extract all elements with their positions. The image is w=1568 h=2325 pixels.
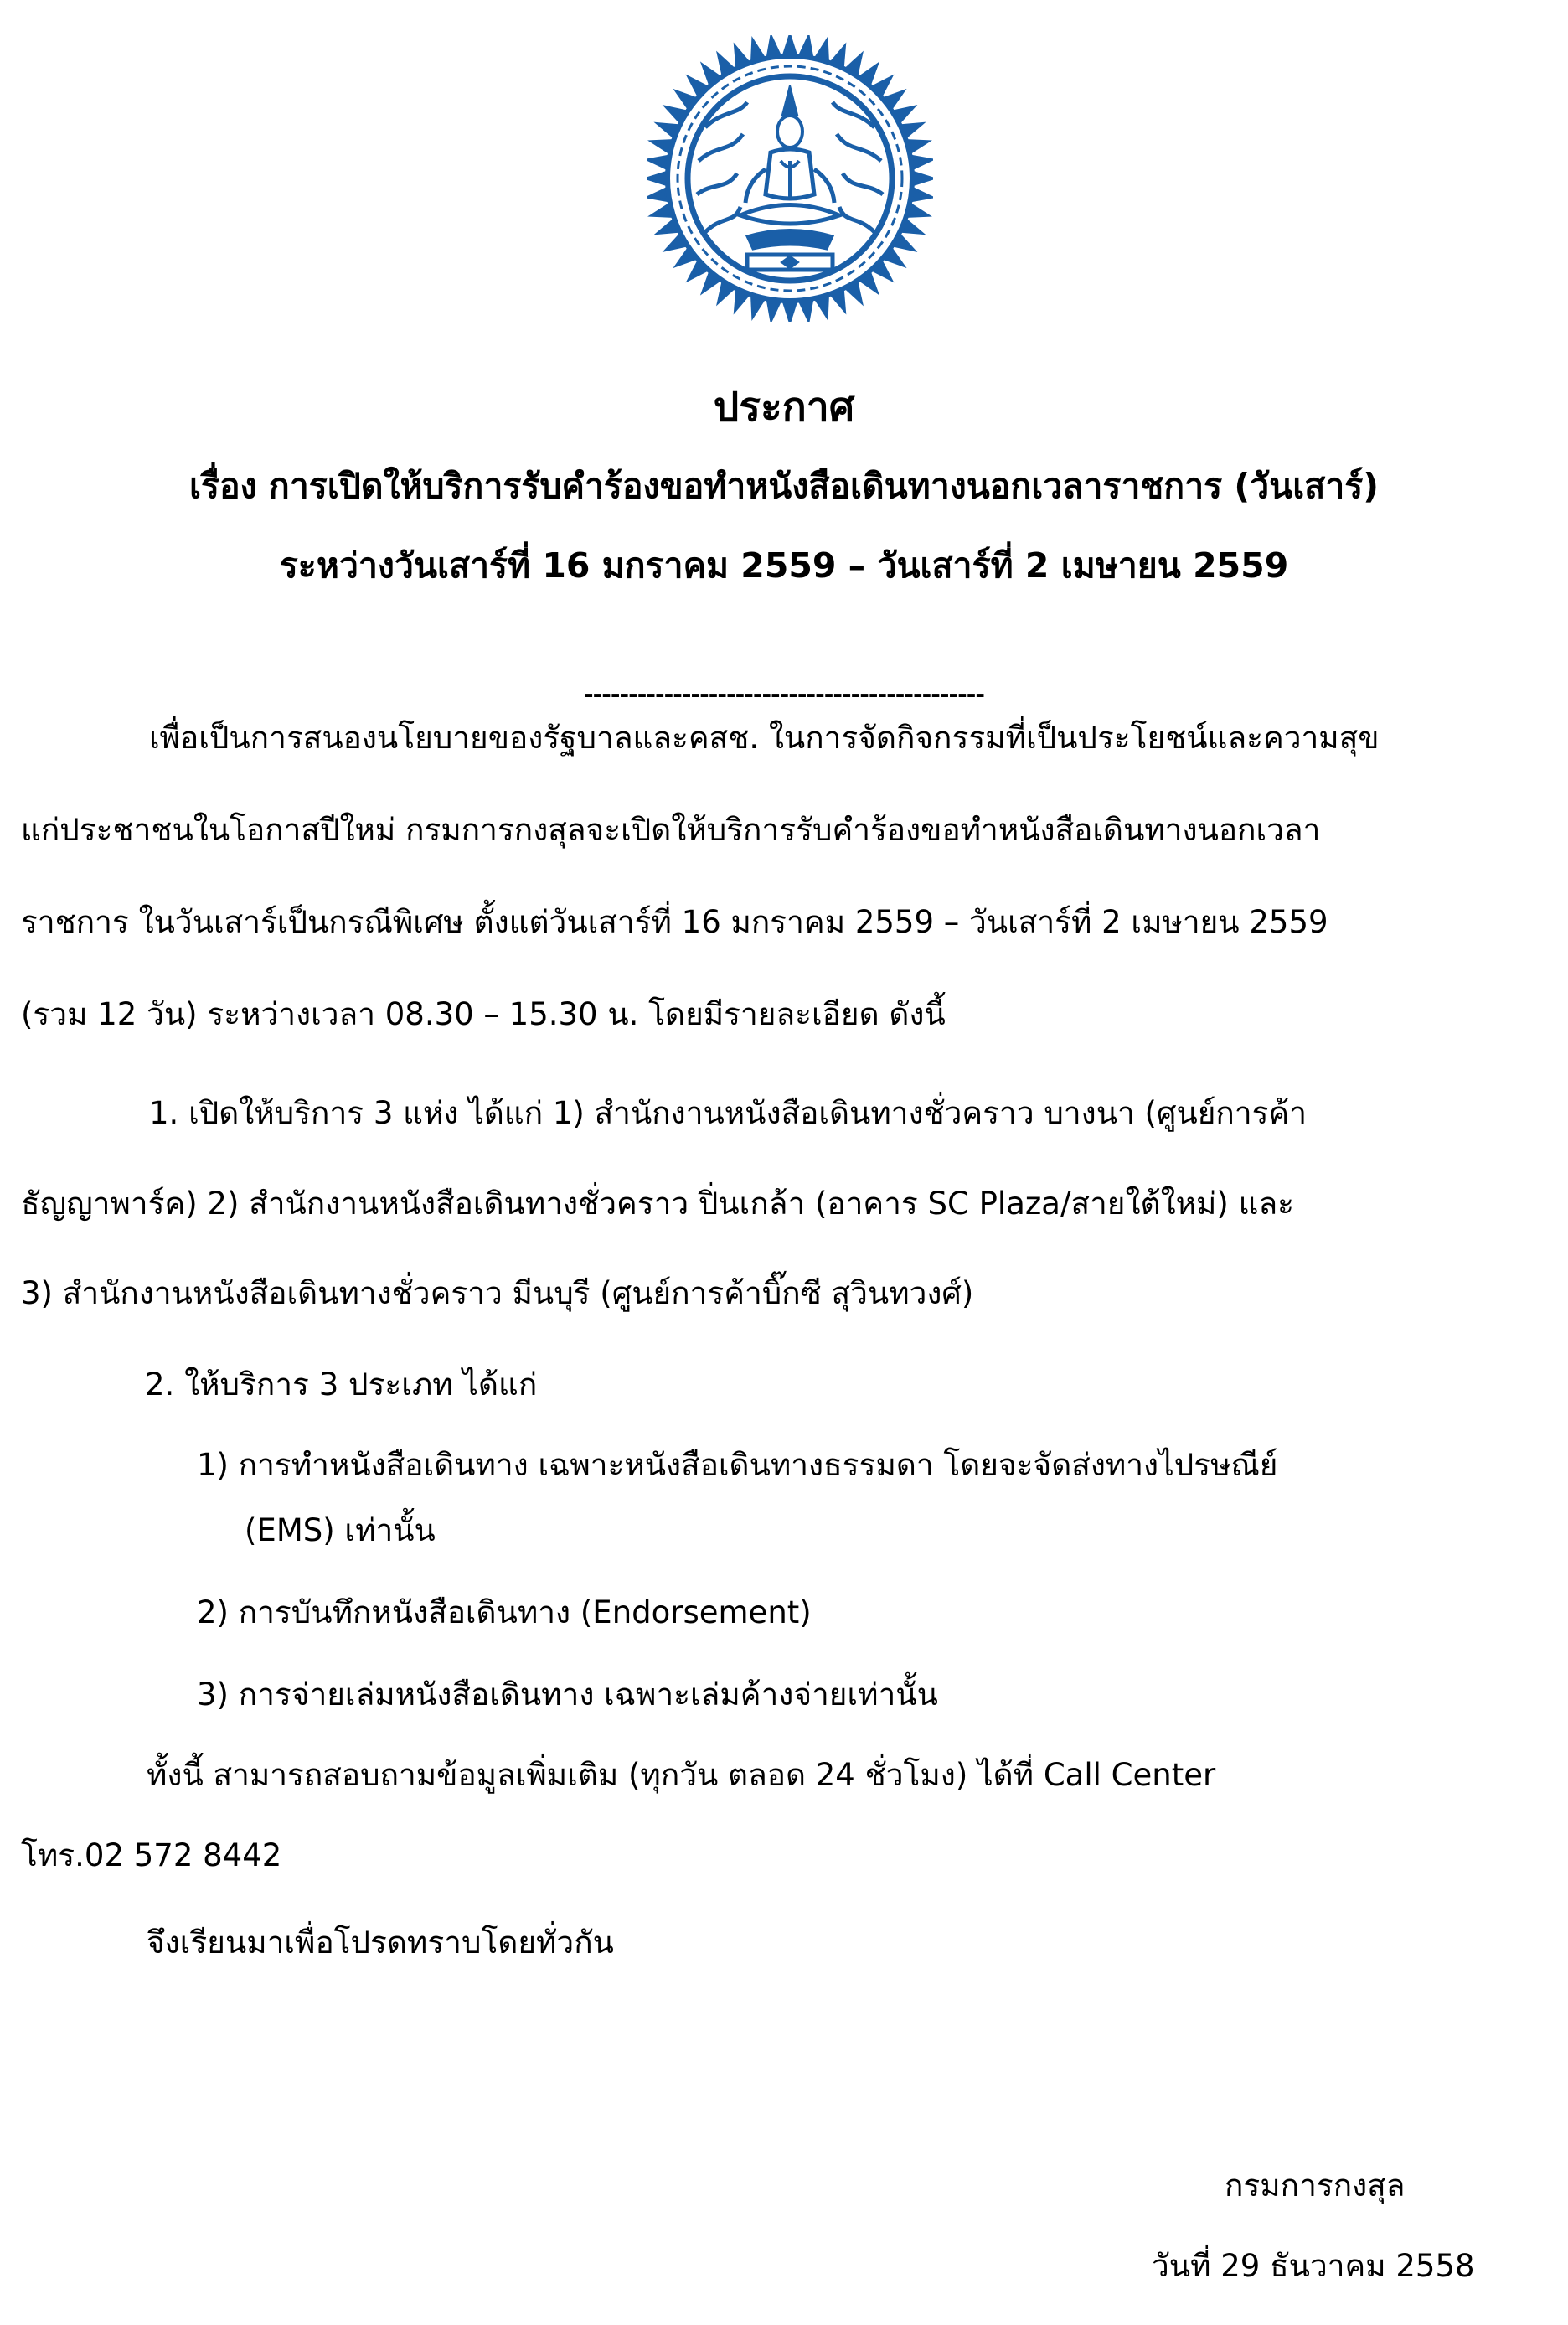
divider-line: ----------------------------------------… bbox=[0, 683, 1568, 706]
section1-line: 1. เปิดให้บริการ 3 แห่ง ได้แก่ 1) สำนักง… bbox=[149, 1098, 1307, 1129]
section1-line: ธัญญาพาร์ค) 2) สำนักงานหนังสือเดินทางชั่… bbox=[21, 1188, 1294, 1219]
contact-phone: โทร.02 572 8442 bbox=[21, 1840, 281, 1871]
section1-line: 3) สำนักงานหนังสือเดินทางชั่วคราว มีนบุร… bbox=[21, 1278, 973, 1309]
intro-line: ราชการ ในวันเสาร์เป็นกรณีพิเศษ ตั้งแต่วั… bbox=[21, 907, 1328, 938]
section2-item-continuation: (EMS) เท่านั้น bbox=[245, 1515, 436, 1546]
section2-item: 2) การบันทึกหนังสือเดินทาง (Endorsement) bbox=[197, 1597, 812, 1628]
section2-item: 1) การทำหนังสือเดินทาง เฉพาะหนังสือเดินท… bbox=[197, 1449, 1277, 1480]
thai-government-emblem-icon bbox=[647, 35, 933, 322]
section2-heading: 2. ให้บริการ 3 ประเภท ได้แก่ bbox=[145, 1369, 537, 1400]
intro-line: เพื่อเป็นการสนองนโยบายของรัฐบาลและคสช. ใ… bbox=[149, 722, 1380, 753]
signature-department: กรมการกงสุล bbox=[1225, 2170, 1405, 2201]
section2-item: 3) การจ่ายเล่มหนังสือเดินทาง เฉพาะเล่มค้… bbox=[197, 1679, 938, 1710]
announcement-title: ประกาศ bbox=[0, 387, 1568, 427]
announcement-subject: เรื่อง การเปิดให้บริการรับคำร้องขอทำหนัง… bbox=[0, 469, 1568, 504]
contact-line: ทั้งนี้ สามารถสอบถามข้อมูลเพิ่มเติม (ทุก… bbox=[147, 1759, 1215, 1790]
signature-date: วันที่ 29 ธันวาคม 2558 bbox=[1152, 2250, 1475, 2281]
intro-line: (รวม 12 วัน) ระหว่างเวลา 08.30 – 15.30 น… bbox=[21, 999, 946, 1030]
intro-line: แก่ประชาชนในโอกาสปีใหม่ กรมการกงสุลจะเปิ… bbox=[21, 814, 1320, 845]
announcement-period: ระหว่างวันเสาร์ที่ 16 มกราคม 2559 – วันเ… bbox=[0, 549, 1568, 583]
closing-text: จึงเรียนมาเพื่อโปรดทราบโดยทั่วกัน bbox=[147, 1927, 614, 1958]
